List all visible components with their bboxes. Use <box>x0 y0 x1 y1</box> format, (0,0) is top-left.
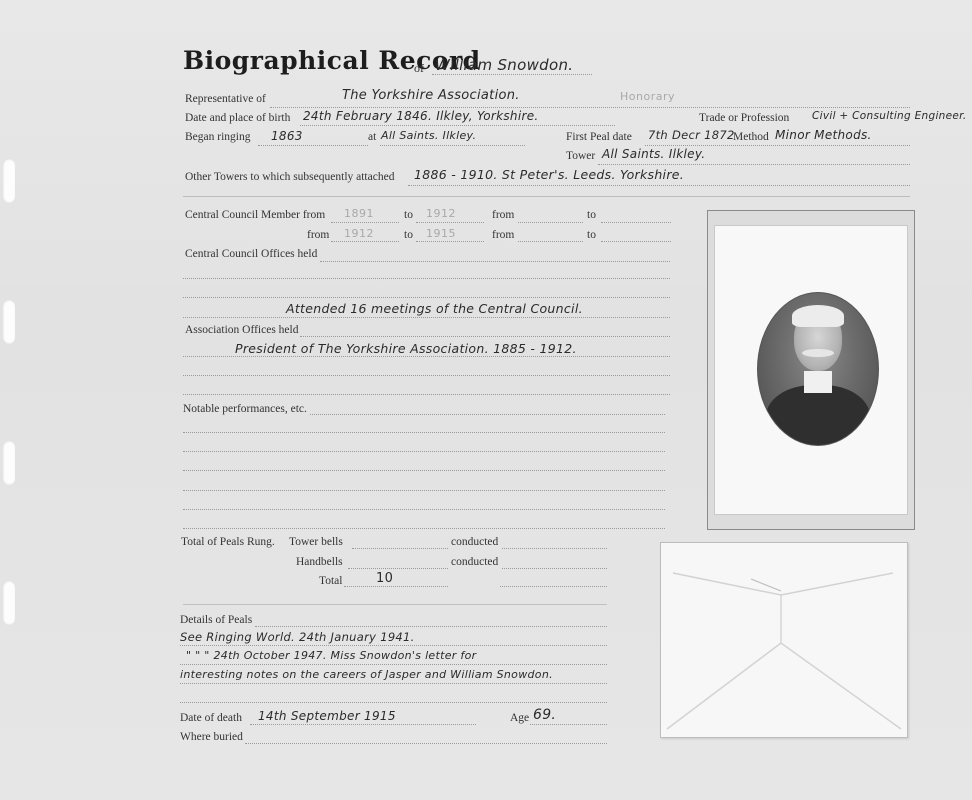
peals-label: Total of Peals Rung. <box>181 536 275 548</box>
punch-hole <box>2 300 15 344</box>
tower-bells-label: Tower bells <box>289 536 343 548</box>
envelope-flap-icon <box>661 543 907 737</box>
cc-offices-label: Central Council Offices held <box>185 248 317 260</box>
trade-label: Trade or Profession <box>699 112 789 124</box>
details-line-1: See Ringing World. 24th January 1941. <box>180 630 415 644</box>
trade-value: Civil + Consulting Engineer. <box>812 110 966 122</box>
notable-label: Notable performances, etc. <box>183 403 307 415</box>
cc-to-2: 1915 <box>426 227 456 240</box>
conducted-hand-label: conducted <box>451 556 498 568</box>
cc-member-label: Central Council Member from <box>185 209 325 221</box>
other-towers-value: 1886 - 1910. St Peter's. Leeds. Yorkshir… <box>414 167 684 182</box>
handbells-label: Handbells <box>296 556 343 568</box>
representative-value: The Yorkshire Association. <box>342 88 520 103</box>
cc-to2-label: to <box>587 209 596 221</box>
title-of: of <box>414 61 424 76</box>
cc-to2-label-2: to <box>587 229 596 241</box>
cc-to-label-2: to <box>404 229 413 241</box>
cc-from-label-2: from <box>307 229 329 241</box>
cc-from2-label: from <box>492 209 514 221</box>
age-label: Age <box>510 712 529 724</box>
assoc-offices-value: President of The Yorkshire Association. … <box>235 341 577 356</box>
subject-name: William Snowdon. <box>435 56 573 74</box>
cc-from2-label-2: from <box>492 229 514 241</box>
cc-from-2: 1912 <box>344 227 374 240</box>
began-ringing-value: 1863 <box>271 129 303 143</box>
total-label: Total <box>319 575 342 587</box>
cc-offices-value: Attended 16 meetings of the Central Coun… <box>286 301 583 316</box>
buried-label: Where buried <box>180 731 243 743</box>
cc-to-1: 1912 <box>426 207 456 220</box>
tower-value: All Saints. Ilkley. <box>602 147 705 161</box>
portrait-photo-mount <box>707 210 915 530</box>
birth-value: 24th February 1846. Ilkley, Yorkshire. <box>303 109 539 123</box>
total-value: 10 <box>376 571 393 586</box>
began-at-label: at <box>368 131 376 143</box>
representative-pencil-note: Honorary <box>620 90 675 103</box>
details-line-3: interesting notes on the careers of Jasp… <box>180 668 553 681</box>
tower-label: Tower <box>566 150 595 162</box>
first-peal-label: First Peal date <box>566 131 632 143</box>
punch-hole <box>2 441 15 485</box>
method-value: Minor Methods. <box>775 128 872 142</box>
began-at-value: All Saints. Ilkley. <box>381 129 476 142</box>
assoc-offices-label: Association Offices held <box>185 324 298 336</box>
portrait-photo <box>757 292 879 446</box>
punch-hole <box>2 159 15 203</box>
birth-label: Date and place of birth <box>185 112 290 124</box>
attached-envelope <box>660 542 908 738</box>
death-label: Date of death <box>180 712 242 724</box>
punch-hole <box>2 581 15 625</box>
first-peal-value: 7th Decr 1872 <box>648 128 735 142</box>
cc-from-1: 1891 <box>344 207 374 220</box>
portrait-photo-card <box>714 225 908 515</box>
death-value: 14th September 1915 <box>258 709 396 723</box>
details-label: Details of Peals <box>180 614 252 626</box>
cc-to-label: to <box>404 209 413 221</box>
began-ringing-label: Began ringing <box>185 131 250 143</box>
details-line-2: " " " 24th October 1947. Miss Snowdon's … <box>186 649 476 662</box>
representative-label: Representative of <box>185 93 266 105</box>
record-page: Biographical Record of William Snowdon. … <box>0 0 972 800</box>
conducted-tower-label: conducted <box>451 536 498 548</box>
method-label: Method <box>733 131 769 143</box>
other-towers-label: Other Towers to which subsequently attac… <box>185 171 394 183</box>
age-value: 69. <box>533 707 556 723</box>
